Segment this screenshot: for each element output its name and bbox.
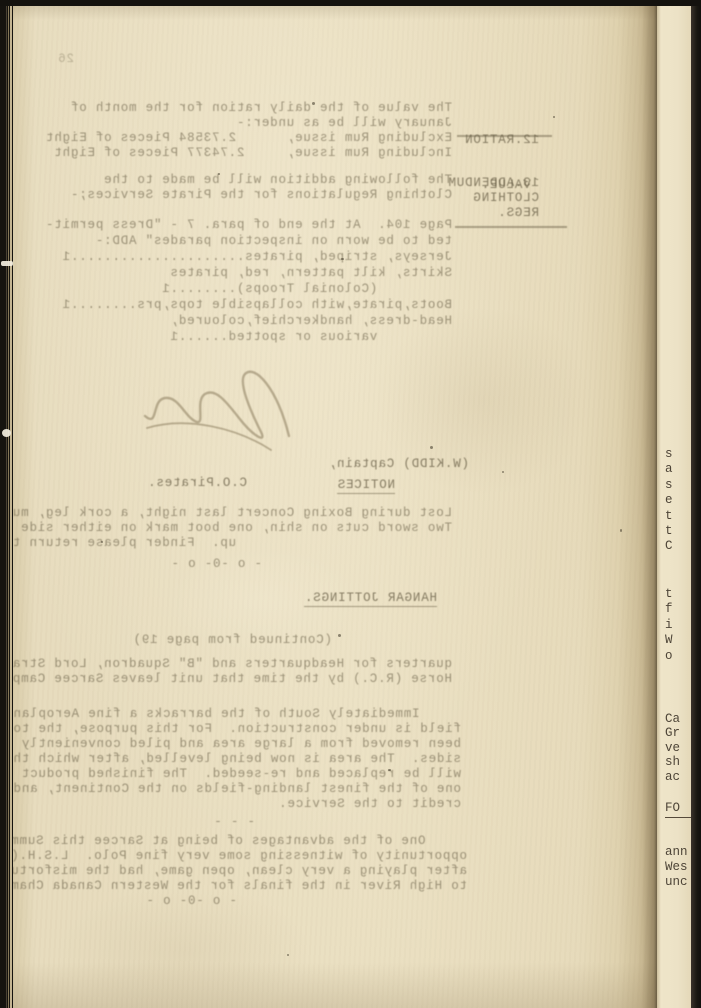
jottings-paragraph-3: One of the advantages of being at Sarcee… [13, 834, 467, 894]
text-line: up. Finder please return to N.O. [13, 536, 452, 551]
dust-speck [338, 634, 341, 637]
clothing-detail-lines: Page 104. At the end of para. 7 - "Dress… [45, 217, 452, 345]
text-line: Lost during Boxing Concert last night, a… [13, 506, 452, 521]
text-line: credit to the Service. [13, 797, 461, 812]
text-line: to High River in the finals for the West… [13, 879, 467, 894]
notices-heading: NOTICES [337, 478, 395, 493]
page-number: 26 [57, 52, 74, 67]
text-line: One of the advantages of being at Sarcee… [13, 834, 467, 849]
text-line: Ca [665, 712, 680, 726]
next-page-fragments-d: annWesunc [665, 845, 688, 889]
text-line: Gr [665, 726, 680, 740]
text-line: Immediately South of the barracks a fine… [13, 707, 461, 722]
text-line: will be replaced and re-seeded. The fini… [13, 767, 461, 782]
text-line: o [665, 649, 673, 664]
text-line: e [665, 493, 673, 508]
text-line: sides. The area is now being levelled, a… [13, 752, 461, 767]
text-line: Skirts, kilt pattern, red, pirates [45, 265, 452, 281]
signoff-unit: C.O.Pirates. [147, 476, 247, 491]
text-line: ve [665, 741, 680, 755]
text-line: field is under construction. For this pu… [13, 722, 461, 737]
text-line: Two sword cuts on shin, one boot mark on… [13, 521, 452, 536]
edge-light-mark [2, 429, 11, 437]
text-line: after playing a very clean, open game, h… [13, 864, 467, 879]
next-page-fragments-b: tfiWo [665, 587, 673, 664]
text-line: January will be as under:- [45, 116, 452, 131]
text-line: t [665, 524, 673, 539]
dust-speck [553, 116, 555, 118]
addendum-heading: 13.ADDENDUMCLOTHINGREGS. [448, 176, 539, 221]
text-line: W [665, 633, 673, 648]
addendum-intro: The following addition will be made to t… [70, 173, 452, 203]
photo-right-edge [691, 0, 701, 1008]
page-stack-edge [6, 0, 7, 1008]
page-fold-shadow [618, 6, 657, 1008]
section-separator: - o -0- o - [171, 557, 262, 572]
text-line: CLOTHING [448, 191, 539, 206]
text-line: Head-dress, handkerchief,coloured, [45, 313, 452, 329]
text-line: ted to be worn on inspection parades" AD… [45, 233, 452, 249]
dust-speck [502, 471, 504, 473]
addendum-heading-underline [455, 226, 567, 228]
text-line: Clothing Regulations for the Pirate Serv… [70, 188, 452, 203]
jottings-paragraph-1: quarters for Headquarters and "B" Squadr… [13, 657, 452, 687]
text-line: C [665, 539, 673, 554]
next-page-sliver: sasettC tfiWo CaGrveshac FO annWesunc [657, 6, 691, 1008]
text-line: Boots,pirate,with collapsible tops,prs..… [45, 297, 452, 313]
text-line: s [665, 478, 673, 493]
scanned-book-photo: 26 12.RATION VALUE. The value of the dai… [0, 0, 701, 1008]
dust-speck [341, 258, 344, 260]
text-line: The value of the daily ration for the mo… [45, 101, 452, 116]
text-line: one of the finest landing-fields on the … [13, 782, 461, 797]
text-line: Page 104. At the end of para. 7 - "Dress… [45, 217, 452, 233]
text-line: Jerseys, striped, pirates...............… [45, 249, 452, 265]
text-line: Excluding Rum issue, 2.73584 Pieces of E… [45, 131, 452, 146]
text-line: t [665, 509, 673, 524]
text-line: Horse (R.C.) by the time that unit leave… [13, 672, 452, 687]
text-line: ann [665, 845, 688, 860]
text-line: s [665, 447, 673, 462]
dust-speck [287, 954, 289, 956]
text-line: i [665, 618, 673, 633]
text-line: REGS. [448, 206, 539, 221]
jottings-paragraph-2: Immediately South of the barracks a fine… [13, 707, 461, 812]
jottings-heading: HANGAR JOTTINGS. [304, 591, 437, 606]
small-separator: - - - [213, 815, 255, 830]
next-page-fragments-a: sasettC [665, 447, 673, 555]
dust-speck [218, 173, 220, 175]
bleed-through-layer: 26 12.RATION VALUE. The value of the dai… [13, 6, 657, 1008]
text-line: opportunity of witnessing some very fine… [13, 849, 467, 864]
text-line: various or spotted......1 [45, 329, 452, 345]
text-line: f [665, 602, 673, 617]
text-line: quarters for Headquarters and "B" Squadr… [13, 657, 452, 672]
photo-top-edge [0, 0, 701, 6]
dust-speck [101, 541, 103, 543]
text-line: t [665, 587, 673, 602]
dust-speck [430, 446, 433, 449]
continued-note: (Continued from page 19) [133, 633, 332, 648]
text-line: unc [665, 875, 688, 890]
text-line: ac [665, 770, 680, 784]
dust-speck [388, 769, 391, 771]
ration-paragraph: The value of the daily ration for the mo… [45, 101, 452, 161]
text-line: sh [665, 755, 680, 769]
text-line: 13.ADDENDUM [448, 176, 539, 191]
text-line: The following addition will be made to t… [70, 173, 452, 188]
text-line: a [665, 462, 673, 477]
next-page-heading-fragment: FO [665, 801, 691, 818]
page-stack-edge [8, 0, 9, 1008]
edge-light-mark [1, 261, 13, 266]
next-page-fragments-c: CaGrveshac [665, 712, 680, 784]
signoff-captain: (W.KIDD) Captain, [328, 457, 469, 472]
end-separator: - o -0- o - [146, 894, 237, 909]
signature-scrawl [137, 358, 297, 458]
text-line: (Colonial Troops)........1 [45, 281, 452, 297]
text-line: Including Rum issue, 2.74377 Pieces of E… [45, 146, 452, 161]
page-stack-edge [10, 0, 12, 1008]
ration-heading-underline [457, 135, 552, 137]
document-page: 26 12.RATION VALUE. The value of the dai… [13, 6, 657, 1008]
notices-paragraph: Lost during Boxing Concert last night, a… [13, 506, 452, 551]
text-line: Wes [665, 860, 688, 875]
text-line: been removed from a large area and piled… [13, 737, 461, 752]
dust-speck [312, 102, 315, 105]
